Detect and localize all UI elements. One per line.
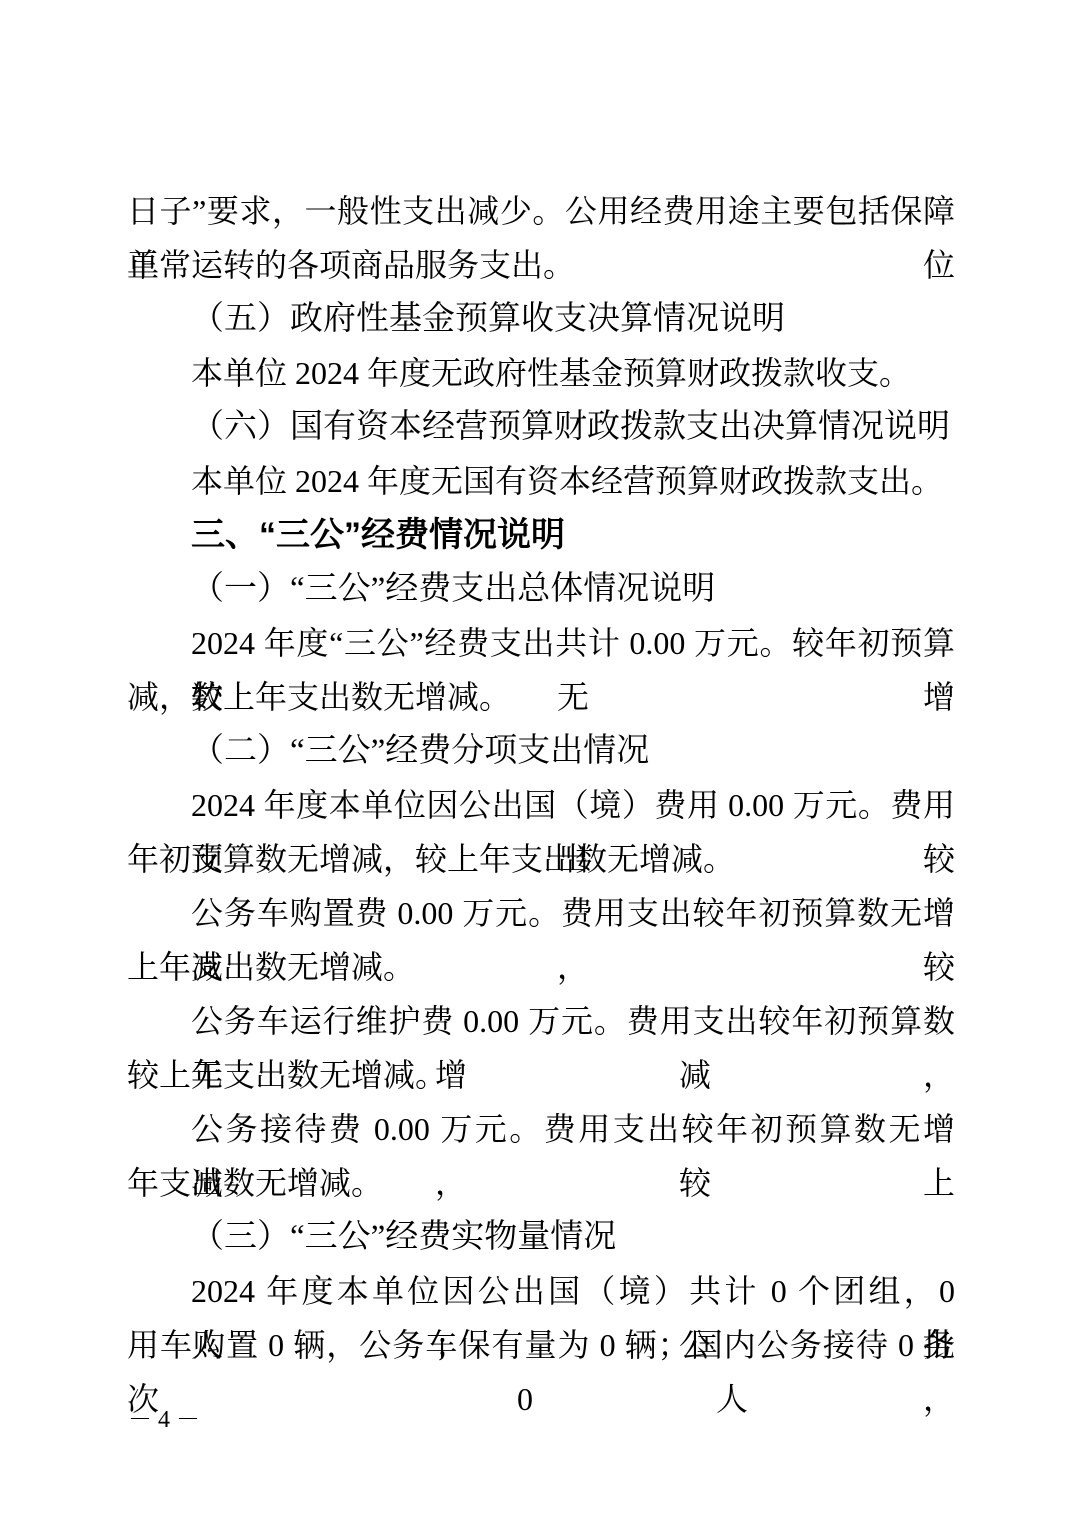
body-line: 日子”要求，一般性支出减少。公用经费用途主要包括保障单位 (127, 184, 955, 238)
body-line: 2024 年度“三公”经费支出共计 0.00 万元。较年初预算数无增 (127, 616, 955, 670)
subsection-heading: （一）“三公”经费支出总体情况说明 (127, 562, 955, 616)
body-line: 本单位 2024 年度无国有资本经营预算财政拨款支出。 (127, 454, 955, 508)
document-page: 日子”要求，一般性支出减少。公用经费用途主要包括保障单位 正常运转的各项商品服务… (0, 0, 1075, 1520)
body-line: 2024 年度本单位因公出国（境）费用 0.00 万元。费用支出较 (127, 778, 955, 832)
subsection-heading: （六）国有资本经营预算财政拨款支出决算情况说明 (127, 400, 955, 454)
document-body: 日子”要求，一般性支出减少。公用经费用途主要包括保障单位 正常运转的各项商品服务… (127, 184, 955, 1372)
body-line: 本单位 2024 年度无政府性基金预算财政拨款收支。 (127, 346, 955, 400)
page-number: － 4 － (128, 1405, 200, 1435)
body-line: 公务车运行维护费 0.00 万元。费用支出较年初预算数无增减， (127, 994, 955, 1048)
body-line: 2024 年度本单位因公出国（境）共计 0 个团组，0 人；公务 (127, 1264, 955, 1318)
body-line: 用车购置 0 辆，公务车保有量为 0 辆；国内公务接待 0 批次 0 人， (127, 1318, 955, 1372)
section-heading: 三、“三公”经费情况说明 (127, 508, 955, 562)
subsection-heading: （三）“三公”经费实物量情况 (127, 1210, 955, 1264)
body-line: 公务接待费 0.00 万元。费用支出较年初预算数无增减，较上 (127, 1102, 955, 1156)
body-line: 公务车购置费 0.00 万元。费用支出较年初预算数无增减，较 (127, 886, 955, 940)
subsection-heading: （二）“三公”经费分项支出情况 (127, 724, 955, 778)
subsection-heading: （五）政府性基金预算收支决算情况说明 (127, 292, 955, 346)
